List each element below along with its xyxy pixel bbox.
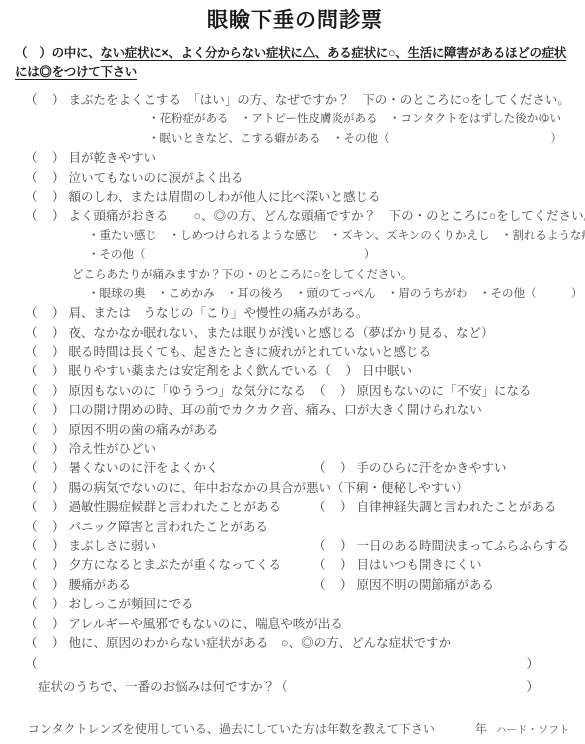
answer-parens[interactable]: （ ） [313, 384, 354, 398]
question-text: アレルギーや風邪でもないのに、喘息や咳が出る [69, 617, 343, 631]
question-text: 目が乾きやすい [69, 151, 157, 165]
question-text: 額のしわ、または眉間のしわが他人に比べ深いと感じる [69, 190, 381, 204]
question-text: 夜、なかなか眠れない、または眠りが浅いと感じる（夢ばかり見る、など） [69, 326, 494, 340]
question-text: 冷え性がひどい [69, 442, 157, 456]
question-text: 口の開け閉めの時、耳の前でカクカク音、痛み、口が大きく開けられない [69, 403, 482, 417]
answer-parens[interactable]: （ ） [25, 636, 66, 650]
answer-parens[interactable]: （ ） [313, 461, 354, 475]
answer-parens[interactable]: （ ） [25, 151, 66, 165]
question-text: 原因不明の関節痛がある [357, 578, 495, 592]
question-row-pair: （ ）腰痛がある（ ）原因不明の関節痛がある [25, 576, 565, 595]
question-text: 目はいつも開きにくい [357, 558, 482, 572]
answer-parens[interactable]: （ ） [25, 597, 66, 611]
question-row: （ ）目が乾きやすい [25, 149, 565, 168]
question-row: （ ）腸の病気でないのに、年中おなかの具合が悪い（下痢・便秘しやすい） [25, 479, 565, 498]
question-text: 原因もないのに「ゆううつ」な気分になる [69, 384, 307, 398]
answer-parens[interactable]: （ ） [313, 578, 354, 592]
question-text: 他に、原因のわからない症状がある ○、◎の方、どんな症状ですか [69, 636, 452, 650]
question-text: 一日のある時間決まってふらふらする [357, 539, 570, 553]
question-row-pair: （ ）過敏性腸症候群と言われたことがある（ ）自律神経失調と言われたことがある [25, 498, 565, 517]
question-row: （ ）夜、なかなか眠れない、または眠りが浅いと感じる（夢ばかり見る、など） [25, 324, 565, 343]
main-concern-text: 症状のうちで、一番のお悩みは何ですか？（ [38, 678, 288, 697]
question-text: 自律神経失調と言われたことがある [357, 500, 557, 514]
question-text: 肩、または うなじの「こり」や慢性の痛みがある。 [69, 306, 369, 320]
answer-parens[interactable]: （ ） [25, 481, 66, 495]
question-row: （ ）おしっこが頻回にでる [25, 595, 565, 614]
note-text: ・花粉症がある ・アトピー性皮膚炎がある ・コンタクトをはずした後かゆい [148, 113, 561, 125]
question-right: （ ）自律神経失調と言われたことがある [313, 498, 557, 517]
question-left: （ ）腰痛がある [25, 576, 313, 595]
question-left: （ ）原因もないのに「ゆううつ」な気分になる [25, 382, 313, 401]
question-text: まぶたをよくこする 「はい」の方、なぜですか？ 下の・のところに○をしてください… [69, 93, 570, 107]
answer-parens[interactable]: （ ） [313, 558, 354, 572]
contact-lens-question: コンタクトレンズを使用している、過去にしていた方は年数を教えて下さい 年 ハード… [28, 721, 565, 739]
answer-parens[interactable]: （ ） [25, 578, 66, 592]
question-text: 夕方になるとまぶたが重くなってくる [69, 558, 282, 572]
question-row: （ ）よく頭痛がおきる ○、◎の方、どんな頭痛ですか？ 下の・のところに○をして… [25, 207, 565, 226]
main-concern-row: 症状のうちで、一番のお悩みは何ですか？（） [25, 678, 543, 697]
question-row: （ ）アレルギーや風邪でもないのに、喘息や咳が出る [25, 615, 565, 634]
answer-parens[interactable]: （ ） [25, 306, 66, 320]
question-row-pair: （ ）眠りやすい薬または安定剤をよく飲んでいる（ ）日中眠い [25, 362, 565, 381]
question-left: （ ）暑くないのに汗をよくかく [25, 459, 313, 478]
question-left: （ ）過敏性腸症候群と言われたことがある [25, 498, 313, 517]
answer-parens[interactable]: （ ） [25, 539, 66, 553]
question-row: （ ）額のしわ、または眉間のしわが他人に比べ深いと感じる [25, 188, 565, 207]
contact-lens-text: コンタクトレンズを使用している、過去にしていた方は年数を教えて下さい [28, 722, 435, 736]
question-text: 泣いてもないのに涙がよく出る [69, 171, 244, 185]
question-left: （ ）夕方になるとまぶたが重くなってくる [25, 556, 313, 575]
answer-parens[interactable]: （ ） [319, 364, 360, 378]
answer-parens[interactable]: （ ） [25, 403, 66, 417]
note-text: どこらあたりが痛みますか？下の・のところに○をしてください。 [72, 269, 412, 281]
answer-parens[interactable]: （ ） [25, 558, 66, 572]
answer-parens[interactable]: （ ） [25, 171, 66, 185]
answer-parens[interactable]: （ ） [25, 209, 66, 223]
note-text: ・重たい感じ ・しめつけられるような感じ ・ズキン、ズキンのくりかえし ・割れる… [88, 230, 585, 242]
question-right: （ ）目はいつも開きにくい [313, 556, 482, 575]
instructions: （ ）の中に、ない症状に×、よく分からない症状に△、ある症状に○、生活に障害があ… [15, 44, 575, 82]
question-left: （ ）まぶしさに弱い [25, 537, 313, 556]
question-row: （ ）泣いてもないのに涙がよく出る [25, 169, 565, 188]
question-text: パニック障害と言われたことがある [69, 520, 269, 534]
question-row: （ ）冷え性がひどい [25, 440, 565, 459]
question-right: （ ）原因不明の関節痛がある [313, 576, 494, 595]
question-text: 暑くないのに汗をよくかく [69, 461, 219, 475]
question-right: （ ）日中眠い [319, 362, 413, 381]
note-row: ・重たい感じ ・しめつけられるような感じ ・ズキン、ズキンのくりかえし ・割れる… [25, 227, 565, 246]
question-text: 過敏性腸症候群と言われたことがある [69, 500, 282, 514]
note-text: ・眠いときなど、こする癖がある ・その他（ ） [148, 133, 562, 145]
main-concern-close-paren[interactable]: ） [526, 678, 540, 697]
question-row-pair: （ ）夕方になるとまぶたが重くなってくる（ ）目はいつも開きにくい [25, 556, 565, 575]
note-row: ・その他（ ） [25, 246, 565, 265]
question-text: 原因もないのに「不安」になる [357, 384, 532, 398]
question-text: 眠る時間は長くても、起きたときに疲れがとれていないと感じる [69, 345, 432, 359]
note-row: ・花粉症がある ・アトピー性皮膚炎がある ・コンタクトをはずした後かゆい [25, 110, 565, 129]
instructions-prefix: （ ）の中に、 [15, 46, 100, 60]
year-label: 年 [475, 722, 487, 736]
question-text: 腸の病気でないのに、年中おなかの具合が悪い（下痢・便秘しやすい） [69, 481, 469, 495]
question-row: （ ）原因不明の歯の痛みがある [25, 421, 565, 440]
answer-parens[interactable]: （ ） [313, 539, 354, 553]
question-text: おしっこが頻回にでる [69, 597, 194, 611]
answer-parens[interactable]: （ ） [25, 364, 66, 378]
question-right: （ ）原因もないのに「不安」になる [313, 382, 532, 401]
question-row: （ ）他に、原因のわからない症状がある ○、◎の方、どんな症状ですか [25, 634, 565, 653]
answer-parens[interactable]: （ ） [313, 500, 354, 514]
note-row: どこらあたりが痛みますか？下の・のところに○をしてください。 [25, 266, 565, 285]
note-row: ・眠いときなど、こする癖がある ・その他（ ） [25, 130, 565, 149]
question-left: （ ）眠りやすい薬または安定剤をよく飲んでいる [25, 362, 319, 381]
question-row-pair: （ ）まぶしさに弱い（ ）一日のある時間決まってふらふらする [25, 537, 565, 556]
question-text: 原因不明の歯の痛みがある [69, 423, 219, 437]
answer-parens[interactable]: （ ） [25, 326, 66, 340]
question-right: （ ）手のひらに汗をかきやすい [313, 459, 507, 478]
question-text: よく頭痛がおきる ○、◎の方、どんな頭痛ですか？ 下の・のところに○をしてくださ… [69, 209, 585, 223]
question-right: （ ）一日のある時間決まってふらふらする [313, 537, 569, 556]
answer-blank-close-paren[interactable]: ） [526, 655, 540, 674]
question-row: （ ）パニック障害と言われたことがある [25, 518, 565, 537]
answer-parens[interactable]: （ ） [25, 442, 66, 456]
note-row: ・眼球の奥 ・こめかみ ・耳の後ろ ・頭のてっぺん ・眉のうちがわ ・その他（ … [25, 285, 565, 304]
answer-parens[interactable]: （ ） [25, 93, 66, 107]
note-text: ・その他（ ） [88, 249, 376, 261]
answer-blank-open-paren[interactable]: （ [25, 655, 39, 674]
answer-parens[interactable]: （ ） [25, 617, 66, 631]
question-row-pair: （ ）原因もないのに「ゆううつ」な気分になる（ ）原因もないのに「不安」になる [25, 382, 565, 401]
question-row-pair: （ ）暑くないのに汗をよくかく（ ）手のひらに汗をかきやすい [25, 459, 565, 478]
answer-parens[interactable]: （ ） [25, 190, 66, 204]
question-text: 手のひらに汗をかきやすい [357, 461, 507, 475]
answer-parens[interactable]: （ ） [25, 345, 66, 359]
lens-type-options[interactable]: ハード・ソフト [496, 725, 570, 736]
question-list: （ ）まぶたをよくこする 「はい」の方、なぜですか？ 下の・のところに○をしてく… [25, 91, 565, 697]
question-text: まぶしさに弱い [69, 539, 157, 553]
note-text: ・眼球の奥 ・こめかみ ・耳の後ろ ・頭のてっぺん ・眉のうちがわ ・その他（ … [88, 288, 583, 300]
question-text: 腰痛がある [69, 578, 132, 592]
answer-blank-row: （） [25, 655, 543, 674]
page-title: 眼瞼下垂の問診票 [25, 8, 565, 34]
question-row: （ ）肩、または うなじの「こり」や慢性の痛みがある。 [25, 304, 565, 323]
question-row: （ ）まぶたをよくこする 「はい」の方、なぜですか？ 下の・のところに○をしてく… [25, 91, 565, 110]
answer-parens[interactable]: （ ） [25, 461, 66, 475]
answer-parens[interactable]: （ ） [25, 423, 66, 437]
answer-parens[interactable]: （ ） [25, 500, 66, 514]
answer-parens[interactable]: （ ） [25, 384, 66, 398]
questionnaire-page: 眼瞼下垂の問診票 （ ）の中に、ない症状に×、よく分からない症状に△、ある症状に… [0, 0, 585, 739]
question-row: （ ）口の開け閉めの時、耳の前でカクカク音、痛み、口が大きく開けられない [25, 401, 565, 420]
answer-parens[interactable]: （ ） [25, 520, 66, 534]
question-text: 日中眠い [362, 364, 412, 378]
question-text: 眠りやすい薬または安定剤をよく飲んでいる [69, 364, 319, 378]
question-row: （ ）眠る時間は長くても、起きたときに疲れがとれていないと感じる [25, 343, 565, 362]
